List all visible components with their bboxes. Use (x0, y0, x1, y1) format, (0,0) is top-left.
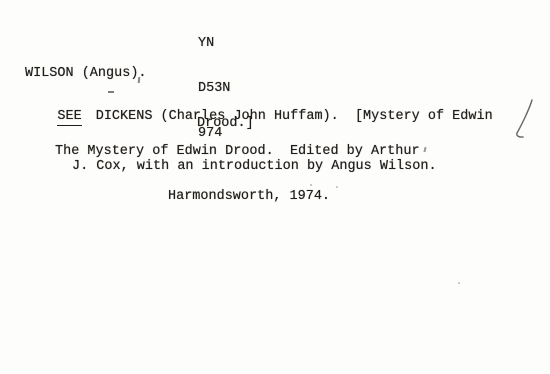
cross-reference-target: DICKENS (Charles John Huffam). [Mystery … (96, 109, 493, 124)
title-statement-line-2: J. Cox, with an introduction by Angus Wi… (72, 159, 437, 174)
stray-speck (310, 184, 312, 186)
pencil-slash-mark (0, 0, 550, 374)
title-statement-line-1: The Mystery of Edwin Drood. Edited by Ar… (55, 144, 420, 159)
author-heading: WILSON (Angus). (25, 66, 147, 81)
cross-reference-continuation: Drood.] (197, 116, 254, 131)
stray-speck (458, 282, 460, 284)
see-label: SEE (57, 109, 81, 126)
stray-mark-dash (108, 91, 114, 93)
catalog-card: YN D53N 974 WILSON (Angus). SEEDICKENS (… (0, 0, 550, 374)
stray-mark-apostrophe (423, 147, 426, 152)
cross-reference-line: SEEDICKENS (Charles John Huffam). [Myste… (25, 94, 493, 141)
stray-speck (336, 186, 338, 188)
call-number-line-1: YN (198, 36, 230, 51)
imprint-line: Harmondsworth, 1974. (168, 189, 330, 204)
